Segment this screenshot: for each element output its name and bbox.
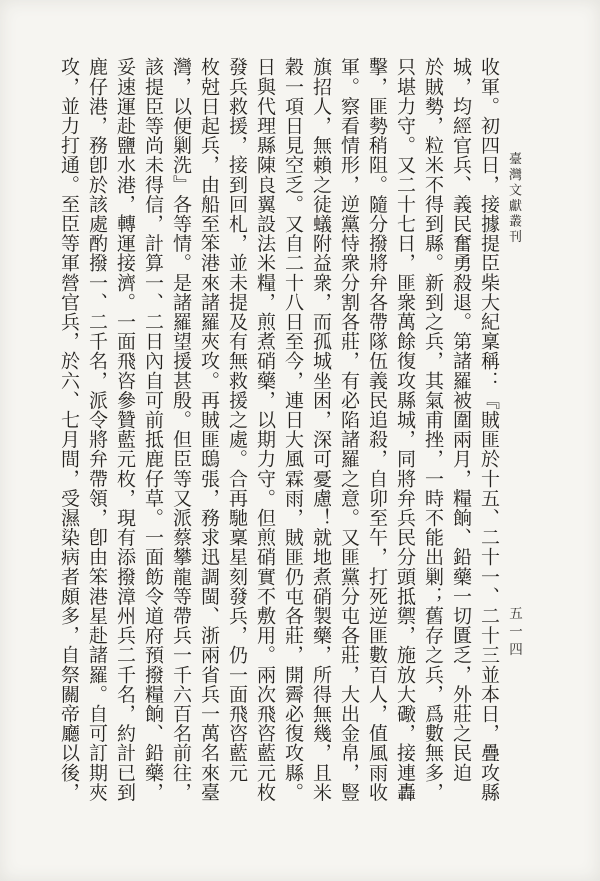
- text-column: 城，均經官兵、義民奮勇殺退。第諸羅被圍兩月，糧餉、鉛藥一切匱乏，外莊之民迫: [446, 57, 474, 807]
- text-column: 攻，並力打通。至臣等軍營官兵，於六、七月間，受濕染病者頗多，自祭關帝廳以後，: [54, 57, 82, 807]
- text-column: 枚尅日起兵，由船至笨港來諸羅夾攻。再賊匪鴟張，務求迅調閩、浙兩省兵一萬名來臺: [194, 57, 222, 807]
- text-column: 鹿仔港，務卽於該處酌撥一、二千名，派令將弁帶領，卽由笨港星赴諸羅。自可訂期夾: [82, 57, 110, 807]
- text-column: 日與代理縣陳良翼設法米糧，煎煮硝藥，以期力守。但煎硝實不敷用。兩次飛咨藍元枚: [250, 57, 278, 807]
- text-column: 穀一項日見空乏。又自二十八日至今，連日大風霖雨，賊匪仍屯各莊，開霽必復攻縣。: [278, 57, 306, 807]
- text-column: 妥速運赴鹽水港，轉運接濟。一面飛咨參贊藍元枚，現有添撥漳州兵二千名，約計已到: [110, 57, 138, 807]
- text-column: 旗招人，無賴之徒蟻附益衆，而孤城坐困，深可憂慮！就地煮硝製藥，所得無幾，且米: [306, 57, 334, 807]
- text-column: 擊，匪勢稍阻。隨分撥將弁各帶隊伍義民追殺，自卯至午，打死逆匪數百人，值風雨收: [362, 57, 390, 807]
- text-column: 只堪力守。又二十七日，匪衆萬餘復攻縣城，同將弁兵民分頭抵禦，施放大礮，接連轟: [390, 57, 418, 807]
- text-column: 軍。察看情形，逆黨恃衆分割各莊，有必陷諸羅之意。又匪黨分屯各莊，大出金帛，豎: [334, 57, 362, 807]
- text-column: 該提臣等尚未得信，計算一、二日內自可前抵鹿仔草。一面飭令道府預撥糧餉、鉛藥，: [138, 57, 166, 807]
- body-text-block: 收軍。初四日，接據提臣柴大紀稟稱：『賊匪於十五、二十一、二十三並本日，疊攻縣 城…: [54, 57, 502, 807]
- text-column: 發兵救援，接到回札，並未提及有無救援之處。合再馳稟星刻發兵，仍一面飛咨藍元: [222, 57, 250, 807]
- text-column: 灣，以便剿洗』各等情。是諸羅望援甚殷。但臣等又派蔡攀龍等帶兵一千六百名前往，: [166, 57, 194, 807]
- page-number: 五一四: [504, 606, 524, 660]
- text-column: 於賊勢，粒米不得到縣。新到之兵，其氣甫挫，一時不能出剿；舊存之兵，爲數無多，: [418, 57, 446, 807]
- publication-title: 臺灣文獻叢刊: [505, 152, 524, 245]
- scanned-book-page: 臺灣文獻叢刊 五一四 收軍。初四日，接據提臣柴大紀稟稱：『賊匪於十五、二十一、二…: [0, 0, 600, 881]
- text-column: 收軍。初四日，接據提臣柴大紀稟稱：『賊匪於十五、二十一、二十三並本日，疊攻縣: [474, 57, 502, 807]
